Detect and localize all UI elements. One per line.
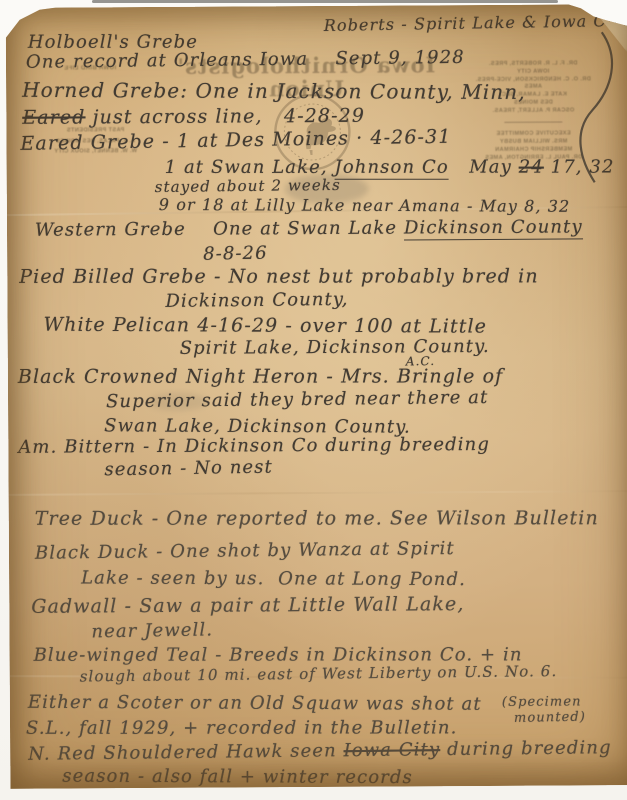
scanner-background: Iowa Ornithologists' Union IOWA BIRD LIF… <box>0 0 627 800</box>
handwritten-line: Either a Scoter or an Old Squaw was shot… <box>28 692 482 715</box>
handwritten-line: stayed about 2 weeks <box>155 176 341 196</box>
handwritten-line: 1 at Swan Lake, Johnson Co May 24 17, 32 <box>165 157 615 178</box>
handwritten-line: Western Grebe One at Swan Lake Dickinson… <box>35 216 583 240</box>
notebook-page: Iowa Ornithologists' Union IOWA BIRD LIF… <box>6 4 627 789</box>
handwritten-line: (Specimen <box>502 694 582 709</box>
handwritten-line: Horned Grebe: One in Jackson County, Min… <box>22 78 526 104</box>
handwritten-line: near Jewell. <box>91 619 213 642</box>
handwritten-line: 9 or 18 at Lilly Lake near Amana - May 8… <box>159 195 571 216</box>
handwritten-line: Superior said they bred near there at <box>106 387 489 412</box>
handwritten-note: Roberts - Spirit Lake & Iowa CityHolboel… <box>6 4 627 8</box>
handwritten-line: mounted) <box>514 710 586 726</box>
handwritten-line: Black Duck - One shot by Wanza at Spirit <box>35 538 455 564</box>
handwritten-line: Dickinson County, <box>165 289 348 312</box>
handwritten-line: Black Crowned Night Heron - Mrs. Bringle… <box>18 365 503 387</box>
handwritten-line: S.L., fall 1929, + recorded in the Bulle… <box>26 717 457 738</box>
letterhead-divider <box>504 122 562 123</box>
handwritten-line: Pied Billed Grebe - No nest but probably… <box>19 265 538 287</box>
handwritten-line: Lake - seen by us. One at Long Pond. <box>81 567 466 590</box>
handwritten-line: Tree Duck - One reported to me. See Wils… <box>35 507 599 529</box>
handwritten-line: 8-8-26 <box>203 243 268 265</box>
paper-crease <box>9 490 627 496</box>
handwritten-line: Am. Bittern - In Dickinson Co during bre… <box>18 434 490 458</box>
handwritten-line: season - No nest <box>104 457 273 481</box>
handwritten-line: White Pelican 4-16-29 - over 100 at Litt… <box>44 314 488 338</box>
handwritten-line: N. Red Shouldered Hawk seen Iowa City du… <box>28 737 612 765</box>
handwritten-line: Spirit Lake, Dickinson County. <box>180 336 490 359</box>
scan-edge-artifact <box>92 0 558 3</box>
letterhead-line: OSCAR P. ALLERT, TREAS. <box>468 107 598 116</box>
handwritten-line: season - also fall + winter records <box>62 766 413 789</box>
handwritten-line: Gadwall - Saw a pair at Little Wall Lake… <box>31 593 464 618</box>
handwritten-line: Eared just across line, 4-28-29 <box>22 105 365 129</box>
handwritten-line: Roberts - Spirit Lake & Iowa City <box>324 11 627 35</box>
